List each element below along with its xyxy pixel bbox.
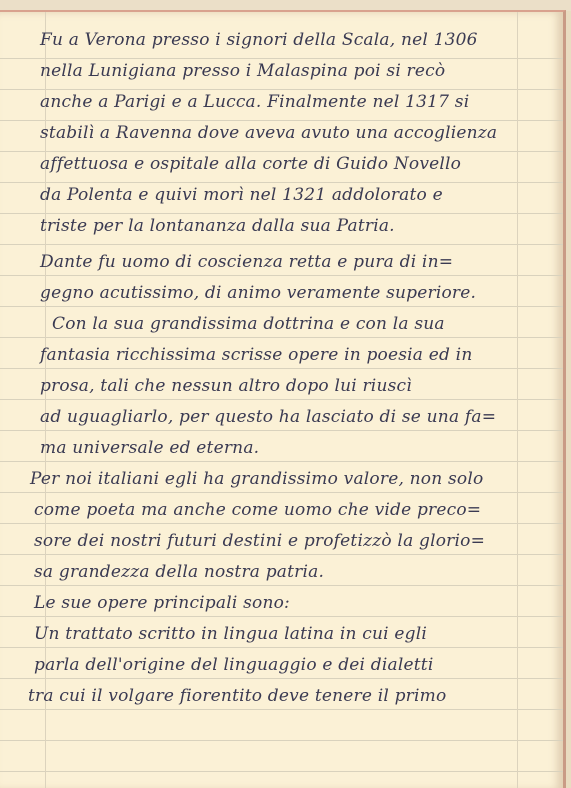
handwritten-line: prosa, tali che nessun altro dopo lui ri… — [40, 376, 412, 396]
handwritten-line: sore dei nostri futuri destini e profeti… — [34, 531, 485, 551]
ruled-line — [0, 523, 563, 524]
ruled-line — [0, 89, 563, 90]
ruled-line — [0, 616, 563, 617]
ruled-line — [0, 151, 563, 152]
ruled-line — [0, 430, 563, 431]
handwritten-line: Fu a Verona presso i signori della Scala… — [40, 30, 478, 50]
handwritten-line: nella Lunigiana presso i Malaspina poi s… — [40, 61, 445, 81]
ruled-line — [0, 399, 563, 400]
ruled-line — [0, 647, 563, 648]
handwritten-line: Dante fu uomo di coscienza retta e pura … — [40, 252, 453, 272]
ruled-line — [0, 461, 563, 462]
handwritten-line: Le sue opere principali sono: — [34, 593, 290, 613]
ruled-line — [0, 182, 563, 183]
handwritten-line: gegno acutissimo, di animo veramente sup… — [40, 283, 476, 303]
handwritten-line: Un trattato scritto in lingua latina in … — [34, 624, 427, 644]
ruled-line — [0, 740, 563, 741]
handwritten-line: ad uguagliarlo, per questo ha lasciato d… — [40, 407, 496, 427]
ruled-line — [0, 585, 563, 586]
ruled-line — [0, 678, 563, 679]
ruled-line — [0, 58, 563, 59]
ruled-line — [0, 275, 563, 276]
handwritten-line: stabilì a Ravenna dove aveva avuto una a… — [40, 123, 497, 143]
ruled-line — [0, 771, 563, 772]
notebook-page: Fu a Verona presso i signori della Scala… — [0, 10, 566, 788]
handwritten-line: tra cui il volgare fiorentito deve tener… — [28, 686, 446, 706]
handwritten-line: affettuosa e ospitale alla corte di Guid… — [40, 154, 461, 174]
ruled-line — [0, 306, 563, 307]
ruled-line — [0, 337, 563, 338]
ruled-line — [0, 709, 563, 710]
handwritten-line: Con la sua grandissima dottrina e con la… — [52, 314, 445, 334]
handwritten-line: triste per la lontananza dalla sua Patri… — [40, 216, 395, 236]
right-margin-line — [517, 12, 518, 788]
handwritten-line: ma universale ed eterna. — [40, 438, 259, 458]
handwritten-line: parla dell'origine del linguaggio e dei … — [34, 655, 433, 675]
ruled-line — [0, 244, 563, 245]
ruled-line — [0, 213, 563, 214]
handwritten-line: Per noi italiani egli ha grandissimo val… — [30, 469, 483, 489]
handwritten-line: sa grandezza della nostra patria. — [34, 562, 324, 582]
handwritten-line: come poeta ma anche come uomo che vide p… — [34, 500, 481, 520]
handwritten-line: fantasia ricchissima scrisse opere in po… — [40, 345, 472, 365]
ruled-line — [0, 368, 563, 369]
handwritten-line: anche a Parigi e a Lucca. Finalmente nel… — [40, 92, 469, 112]
ruled-line — [0, 554, 563, 555]
ruled-line — [0, 120, 563, 121]
ruled-line — [0, 492, 563, 493]
handwritten-line: da Polenta e quivi morì nel 1321 addolor… — [40, 185, 443, 205]
